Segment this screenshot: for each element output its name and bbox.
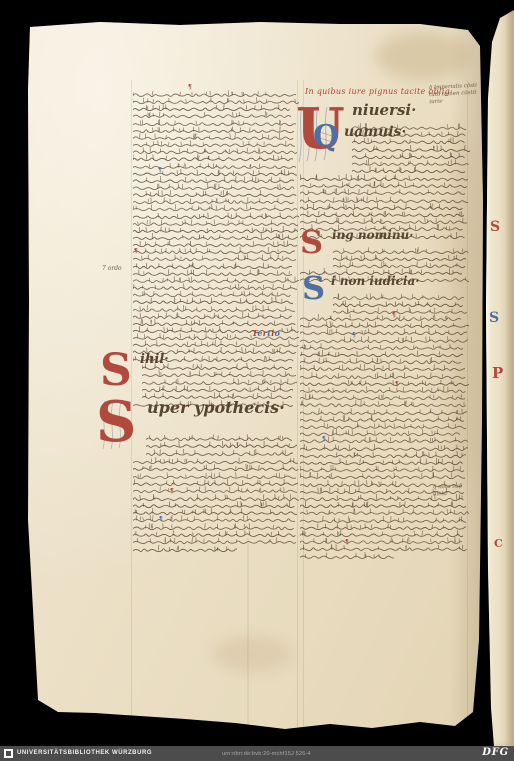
page-crease xyxy=(247,538,249,728)
display-word: i non iudicia· xyxy=(331,275,419,287)
scan-viewport: In quibus iure pignus tacite oblig· U Q … xyxy=(0,0,514,761)
dfg-logo: DFG xyxy=(482,747,509,758)
margin-note-mid-right: q̄ nota sup̄ dicta· xyxy=(433,483,463,498)
display-word: uper ypothecis· xyxy=(147,400,285,416)
paragraph-mark: ¶ xyxy=(352,333,356,339)
facing-initial: S xyxy=(489,311,499,325)
display-word: ihil· xyxy=(140,353,169,366)
illuminated-initial-S: S xyxy=(96,394,136,450)
paragraph-mark: ¶ xyxy=(170,489,174,495)
illuminated-initial-S: S xyxy=(300,226,323,258)
urn-identifier: urn:nbn:de:bvb:20-mchf15J 526-4 xyxy=(222,751,311,757)
facing-initial: C xyxy=(494,538,503,549)
footer-bar: UNIVERSITÄTSBIBLIOTHEK WÜRZBURG urn:nbn:… xyxy=(0,746,514,761)
illuminated-initial-S: S xyxy=(302,272,325,304)
paragraph-mark: ¶ xyxy=(188,85,192,91)
parchment-stain xyxy=(212,636,292,672)
facing-initial: P xyxy=(492,366,503,381)
paragraph-mark: ¶ xyxy=(158,168,162,174)
display-word: uamuis· xyxy=(344,125,406,139)
margin-note-top-right: q̄ Imperialis cōsti tutō tamen cōstit iu… xyxy=(428,83,477,106)
colored-section-word: Tertio xyxy=(252,328,280,338)
illuminated-initial-S: S xyxy=(100,349,132,393)
paragraph-mark: ¶ xyxy=(392,313,396,319)
manuscript-text-line xyxy=(133,539,237,558)
paragraph-mark: ¶ xyxy=(395,382,399,388)
ruling-guide xyxy=(297,80,298,728)
display-word: ing nominū· xyxy=(332,229,413,241)
ub-wuerzburg-logo-icon xyxy=(4,749,13,758)
paragraph-mark: ¶ xyxy=(134,249,138,255)
illuminated-initial-Q: Q xyxy=(313,122,339,152)
margin-note-left: 7 ordo xyxy=(102,265,122,273)
paragraph-mark: ¶ xyxy=(345,540,349,546)
facing-initial: S xyxy=(490,220,500,234)
paragraph-mark: ¶ xyxy=(322,437,326,443)
manuscript-text-line xyxy=(300,546,394,565)
library-label: UNIVERSITÄTSBIBLIOTHEK WÜRZBURG xyxy=(17,750,152,756)
paragraph-mark: ¶ xyxy=(159,517,163,523)
display-word: niuersi· xyxy=(352,103,416,118)
parchment-stain xyxy=(376,32,471,80)
